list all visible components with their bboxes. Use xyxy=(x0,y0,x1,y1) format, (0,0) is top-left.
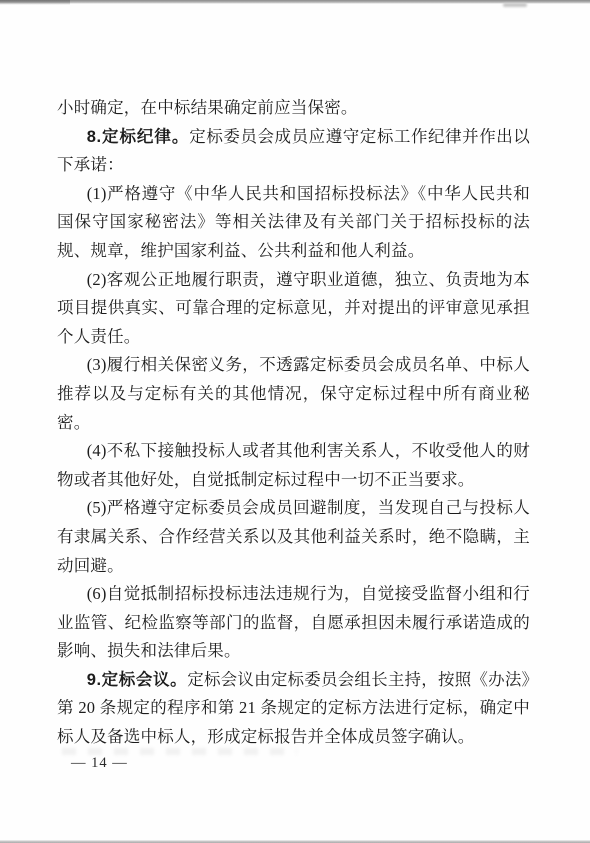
para-text: (4)不私下接触投标人或者其他利害关系人，不收受他人的财物或者其他好处，自觉抵制… xyxy=(57,441,530,489)
para-commitment-1: (1)严格遵守《中华人民共和国招标投标法》《中华人民共和国保守国家秘密法》等相关… xyxy=(57,180,530,266)
para-lead-bold: 9.定标会议。 xyxy=(87,671,188,689)
para-commitment-6: (6)自觉抵制招标投标违法违规行为，自觉接受监督小组和行业监管、纪检监察等部门的… xyxy=(57,580,530,666)
para-rule-9-meeting: 9.定标会议。定标会议由定标委员会组长主持，按照《办法》第 20 条规定的程序和… xyxy=(57,666,530,752)
para-commitment-4: (4)不私下接触投标人或者其他利害关系人，不收受他人的财物或者其他好处，自觉抵制… xyxy=(57,437,530,494)
para-text: (6)自觉抵制招标投标违法违规行为，自觉接受监督小组和行业监管、纪检监察等部门的… xyxy=(57,584,530,660)
para-lead-bold: 8.定标纪律。 xyxy=(87,128,190,146)
para-continuation: 小时确定，在中标结果确定前应当保密。 xyxy=(57,94,530,123)
para-text: (5)严格遵守定标委员会成员回避制度，当发现自己与投标人有隶属关系、合作经营关系… xyxy=(57,498,530,574)
para-text: (2)客观公正地履行职责，遵守职业道德，独立、负责地为本项目提供真实、可靠合理的… xyxy=(57,270,530,346)
page-number: — 14 — xyxy=(71,755,128,772)
para-commitment-5: (5)严格遵守定标委员会成员回避制度，当发现自己与投标人有隶属关系、合作经营关系… xyxy=(57,494,530,580)
document-body: 小时确定，在中标结果确定前应当保密。 8.定标纪律。定标委员会成员应遵守定标工作… xyxy=(57,94,530,752)
scan-edge-top xyxy=(0,0,590,4)
para-rule-8-discipline: 8.定标纪律。定标委员会成员应遵守定标工作纪律并作出以下承诺： xyxy=(57,123,530,180)
scanned-document-page: 小时确定，在中标结果确定前应当保密。 8.定标纪律。定标委员会成员应遵守定标工作… xyxy=(0,0,590,843)
para-text: 小时确定，在中标结果确定前应当保密。 xyxy=(57,98,358,117)
para-text: (1)严格遵守《中华人民共和国招标投标法》《中华人民共和国保守国家秘密法》等相关… xyxy=(57,184,530,260)
scan-artifact-top-right xyxy=(503,3,527,7)
scan-edge-top-dark-corner xyxy=(0,0,70,5)
scan-bleed-through-smudge xyxy=(62,748,297,755)
para-commitment-2: (2)客观公正地履行职责，遵守职业道德，独立、负责地为本项目提供真实、可靠合理的… xyxy=(57,266,530,352)
para-text: (3)履行相关保密义务，不透露定标委员会成员名单、中标人推荐以及与定标有关的其他… xyxy=(57,355,530,431)
para-commitment-3: (3)履行相关保密义务，不透露定标委员会成员名单、中标人推荐以及与定标有关的其他… xyxy=(57,351,530,437)
